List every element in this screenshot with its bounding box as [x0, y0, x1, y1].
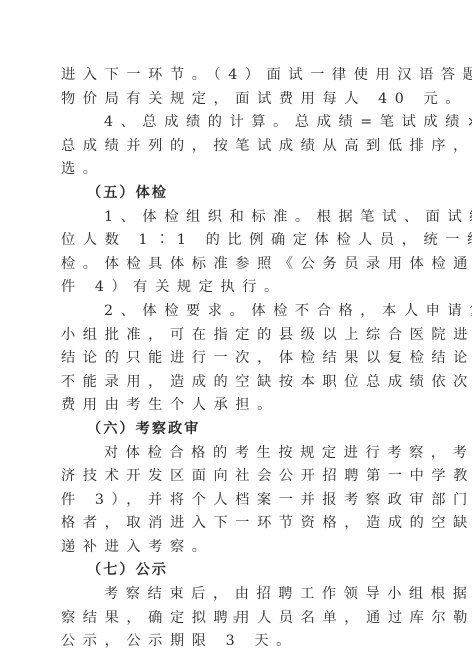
text-line: 检。体检具体标准参照《公务员录用体检通用标准（试行）》（附	[61, 253, 413, 277]
text-line: 物价局有关规定，面试费用每人 40 元。	[61, 88, 413, 112]
text-line: 小组批准，可在指定的县级以上综合医院进行复查，复查有明确	[61, 324, 413, 348]
section-heading-investigation: （六）考察政审	[61, 418, 413, 442]
text-line: 件 4）有关规定执行。	[61, 276, 413, 300]
text-line: 费用由考生个人承担。	[61, 394, 413, 418]
text-line: 格者，取消进入下一环节资格，造成的空缺按本职位总成绩依次	[61, 512, 413, 536]
page-number: 5	[233, 615, 238, 625]
paragraph-start: 考察结束后，由招聘工作领导小组根据考试成绩、体检和考	[61, 583, 413, 607]
text-line: 进入下一环节。（4）面试一律使用汉语答题。（5）根据自治区	[61, 64, 413, 88]
text-line: 不能录用，造成的空缺按本职位总成绩依次递补参加体检。体检	[61, 371, 413, 395]
text-line: 件 3），并将个人档案一并报考察政审部门审核。考察政审不合	[61, 489, 413, 513]
section-heading-physical-exam: （五）体检	[61, 182, 413, 206]
text-line: 公示，公示期限 3 天。	[61, 630, 413, 654]
text-line: 结论的只能进行一次，体检结果以复检结论为准。体检不合格者	[61, 347, 413, 371]
section-heading-public-notice: （七）公示	[61, 559, 413, 583]
paragraph-start: 2、体检要求。体检不合格，本人申请复查的，经招聘领导	[61, 300, 413, 324]
paragraph-start: 1、体检组织和标准。根据笔试、面试综合成绩，按招聘职	[61, 206, 413, 230]
text-line: 选。	[61, 158, 413, 182]
document-page: 进入下一环节。（4）面试一律使用汉语答题。（5）根据自治区 物价局有关规定，面试…	[61, 64, 413, 654]
text-line: 总成绩并列的，按笔试成绩从高到低排序，确定进入下一环节人	[61, 135, 413, 159]
text-line: 位人数 1∶1 的比例确定体检人员，统一组织到指定医院进行体	[61, 229, 413, 253]
text-line: 济技术开发区面向社会公开招聘第一中学教师考察政审表》（附	[61, 465, 413, 489]
paragraph-start: 对体检合格的考生按规定进行考察，考生须填写《库尔勒经	[61, 442, 413, 466]
paragraph-start: 4、总成绩的计算。总成绩=笔试成绩×50%+面试成绩×50%。	[61, 111, 413, 135]
text-line: 递补进入考察。	[61, 536, 413, 560]
